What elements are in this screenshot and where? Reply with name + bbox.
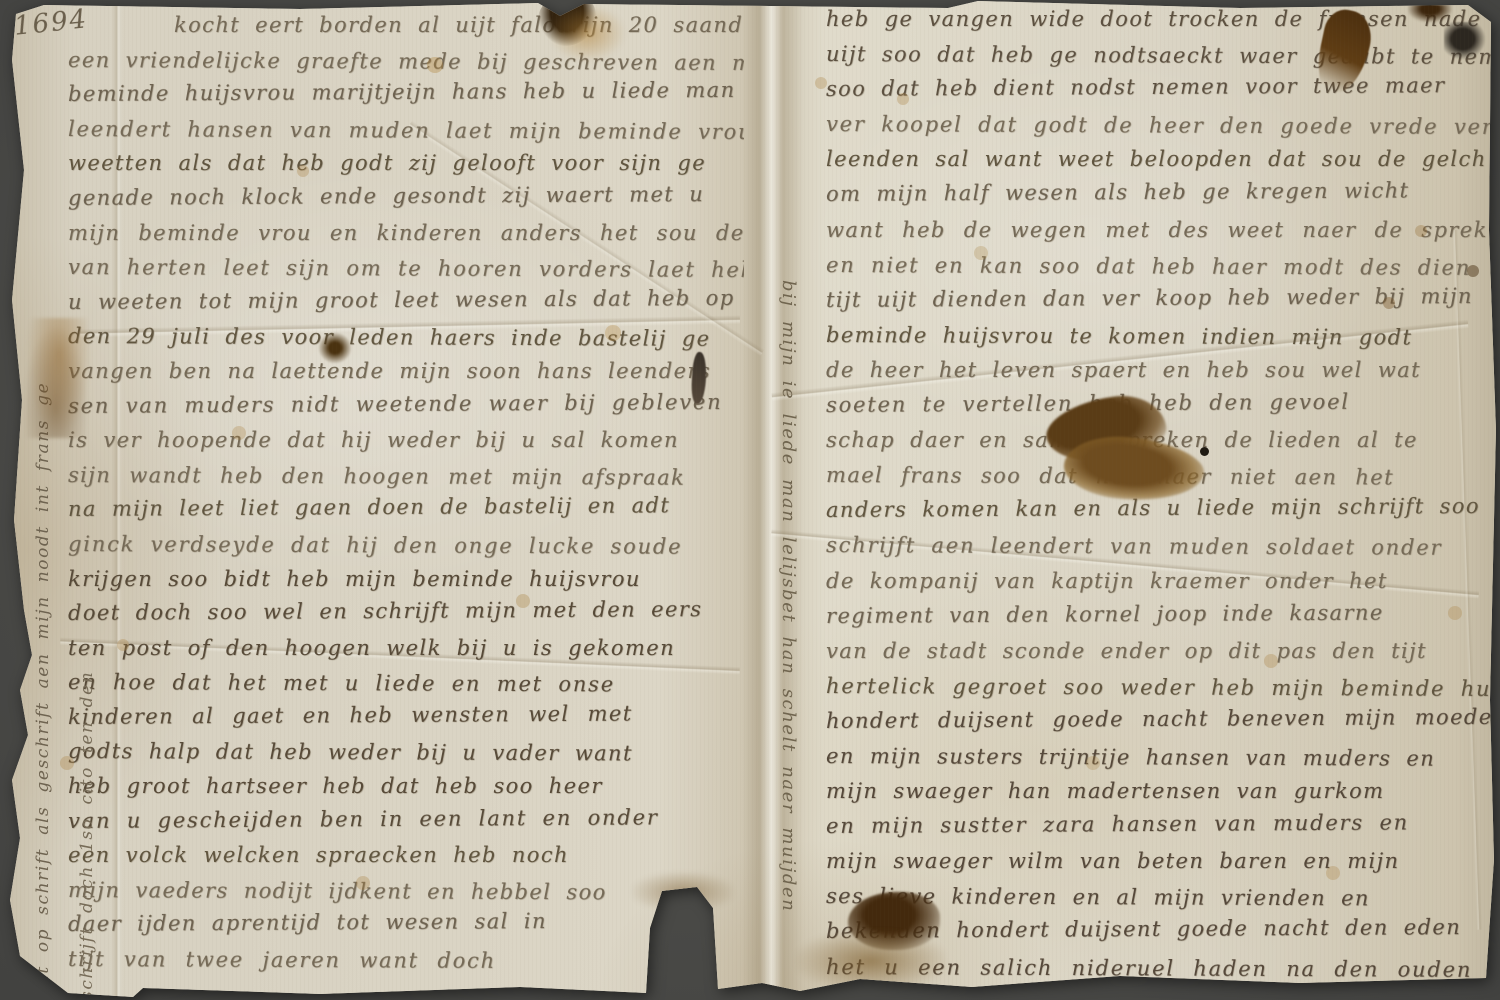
manuscript-line: godts halp dat heb weder bij u vader wan… bbox=[68, 734, 744, 772]
manuscript-line: na mijn leet liet gaen doen de bastelij … bbox=[68, 488, 744, 527]
manuscript-line: vangen ben na laettende mijn soon hans l… bbox=[68, 354, 744, 389]
foxing-spots bbox=[0, 0, 6, 6]
manuscript-line: en mijn sustter zara hansen van muders e… bbox=[826, 805, 1496, 844]
manuscript-line: doet doch soo wel en schrijft mijn met d… bbox=[68, 592, 744, 631]
manuscript-line: beminde huijsvrou marijtjeijn hans heb u… bbox=[68, 73, 744, 112]
manuscript-line: tijt van twee jaeren want doch bbox=[68, 942, 744, 980]
manuscript-line: want heb de wegen met des weet naer de s… bbox=[826, 213, 1496, 248]
right-page-text: heb ge vangen wide doot trocken de frans… bbox=[826, 2, 1496, 985]
manuscript-line: hondert duijsent goede nacht beneven mij… bbox=[826, 700, 1496, 739]
manuscript-line: genade noch klock ende gesondt zij waert… bbox=[68, 177, 744, 216]
manuscript-line: schap daer en samen spreken de lieden al… bbox=[826, 423, 1496, 458]
manuscript-line: sen van muders nidt weetende waer bij ge… bbox=[68, 384, 744, 423]
manuscript-line: anders komen kan en als u liede mijn sch… bbox=[826, 489, 1496, 528]
manuscript-line: kocht eert borden al uijt falourijn 20 s… bbox=[68, 8, 744, 43]
manuscript-line: u weeten tot mijn groot leet wesen als d… bbox=[68, 281, 744, 320]
margin-note-inner: schrijft doch 1so cito ten den bbox=[74, 570, 100, 1000]
manuscript-line: van de stadt sconde ender op dit pas den… bbox=[826, 634, 1496, 669]
manuscript-line: den 29 juli des voor leden haers inde ba… bbox=[68, 319, 744, 357]
margin-note-outer: silt op schrift als geschrift aen mijn n… bbox=[30, 186, 56, 998]
manuscript-line: ginck verdseyde dat hij den onge lucke s… bbox=[68, 527, 744, 565]
manuscript-line: de kompanij van kaptijn kraemer onder he… bbox=[826, 564, 1496, 599]
manuscript-line: een volck welcken spraecken heb noch bbox=[68, 838, 744, 873]
manuscript-line: het u een salich nideruel haden na den o… bbox=[826, 950, 1496, 988]
manuscript-line: en mijn susters trijntije hansen van mud… bbox=[826, 739, 1496, 777]
manuscript-line: soeten te vertellen heb heb den gevoel bbox=[826, 384, 1496, 423]
manuscript-line: om mijn half wesen als heb ge kregen wic… bbox=[826, 173, 1496, 212]
manuscript-line: heb ge vangen wide doot trocken de frans… bbox=[826, 2, 1496, 37]
manuscript-line: mijn beminde vrou en kinderen anders het… bbox=[68, 216, 744, 251]
manuscript-line: schrijft aen leendert van muden soldaet … bbox=[826, 528, 1496, 566]
manuscript-line: regiment van den kornel joop inde kasarn… bbox=[826, 595, 1496, 634]
manuscript-line: daer ijden aprentijd tot wesen sal in bbox=[68, 903, 744, 942]
left-page-text: kocht eert borden al uijt falourijn 20 s… bbox=[68, 8, 744, 977]
manuscript-sheet: 1694 kocht eert borden al uijt falourijn… bbox=[0, 0, 1500, 1000]
manuscript-line: leenden sal want weet beloopden dat sou … bbox=[826, 142, 1496, 177]
manuscript-line: is ver hoopende dat hij weder bij u sal … bbox=[68, 423, 744, 458]
manuscript-line: kinderen al gaet en heb wensten wel met bbox=[68, 696, 744, 735]
manuscript-line: leendert hansen van muden laet mijn bemi… bbox=[68, 112, 744, 150]
manuscript-line: heb groot hartseer heb dat heb soo heer bbox=[68, 769, 744, 804]
manuscript-line: van u gescheijden ben in een lant en ond… bbox=[68, 800, 744, 839]
manuscript-line: beminde huijsvrou te komen indien mijn g… bbox=[826, 318, 1496, 356]
manuscript-line: bekenden hondert duijsent goede nacht de… bbox=[826, 910, 1496, 949]
manuscript-line: ten post of den hoogen welk bij u is gek… bbox=[68, 631, 744, 666]
aged-paper: 1694 kocht eert borden al uijt falourijn… bbox=[0, 0, 1500, 1000]
manuscript-line: krijgen soo bidt heb mijn beminde huijsv… bbox=[68, 562, 744, 597]
manuscript-line: ver koopel dat godt de heer den goede vr… bbox=[826, 107, 1496, 145]
manuscript-line: mijn swaeger wilm van beten baren en mij… bbox=[826, 844, 1496, 879]
manuscript-line: de heer het leven spaert en heb sou wel … bbox=[826, 353, 1496, 388]
manuscript-line: mijn swaeger han madertensen van gurkom bbox=[826, 774, 1496, 809]
fold-vertical-note: bij mijn ie liede man lelijsbet han sche… bbox=[775, 280, 801, 968]
manuscript-line: weetten als dat heb godt zij gelooft voo… bbox=[68, 146, 744, 181]
manuscript-line: tijt uijt dienden dan ver koop heb weder… bbox=[826, 279, 1496, 318]
manuscript-line: soo dat heb dient nodst nemen voor twee … bbox=[826, 68, 1496, 107]
